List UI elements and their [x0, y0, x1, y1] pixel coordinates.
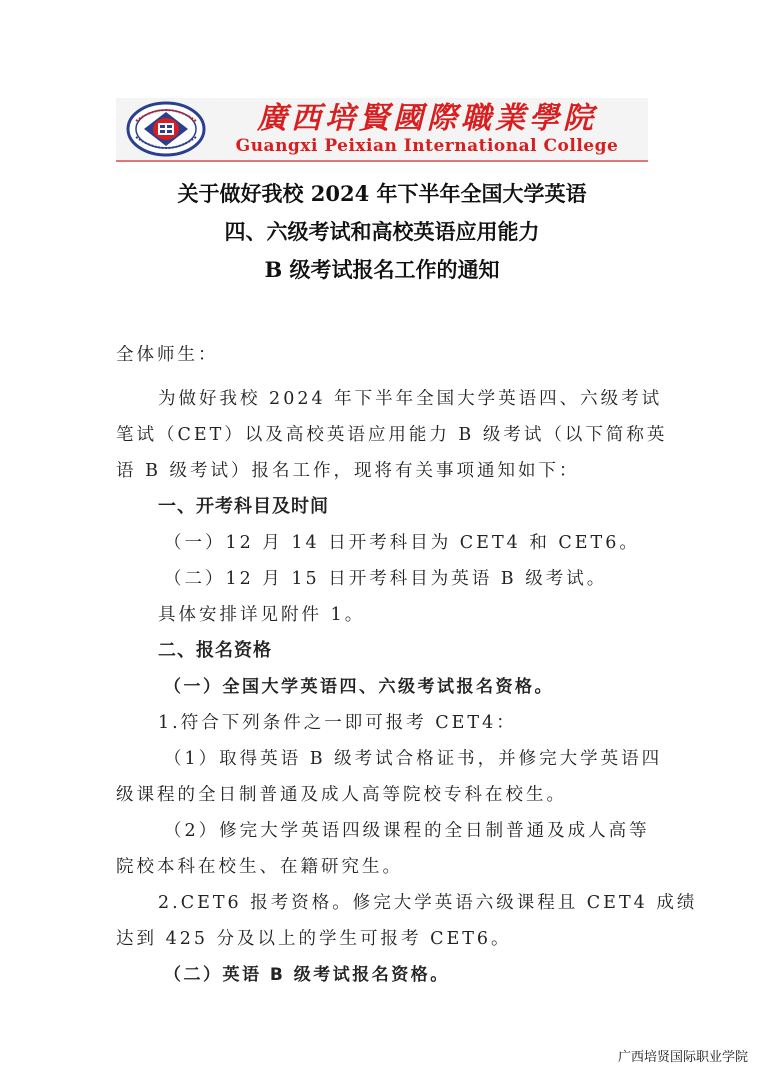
cet4-lead: 1.符合下列条件之一即可报考 CET4：	[158, 705, 517, 741]
notice-title: 关于做好我校 2024 年下半年全国大学英语 四、六级考试和高校英语应用能力 B…	[0, 175, 764, 289]
document-page: 廣西培賢國際職業學院 Guangxi Peixian International…	[0, 0, 764, 1080]
condition-2-line-2: 院校本科在校生、在籍研究生。	[116, 849, 403, 885]
college-banner: 廣西培賢國際職業學院 Guangxi Peixian International…	[116, 98, 648, 162]
section-1-heading: 一、开考科目及时间	[158, 489, 329, 525]
college-emblem-icon	[126, 101, 206, 157]
section-2-sub-1: （一）全国大学英语四、六级考试报名资格。	[164, 669, 554, 705]
section-1-item-2: （二）12 月 15 日开考科目为英语 B 级考试。	[164, 561, 607, 597]
college-name-cn: 廣西培賢國際職業學院	[216, 102, 638, 136]
condition-1-line-2: 级课程的全日制普通及成人高等院校专科在校生。	[116, 777, 567, 813]
section-2-sub-2: （二）英语 B 级考试报名资格。	[164, 957, 450, 993]
title-line-1: 关于做好我校 2024 年下半年全国大学英语	[0, 175, 764, 213]
title-line-2: 四、六级考试和高校英语应用能力	[0, 213, 764, 251]
section-2-heading: 二、报名资格	[158, 633, 272, 669]
title-line-3: B 级考试报名工作的通知	[0, 251, 764, 289]
college-name-en: Guangxi Peixian International College	[216, 136, 638, 156]
intro-line-3: 语 B 级考试）报名工作，现将有关事项通知如下：	[116, 453, 579, 489]
banner-text: 廣西培賢國際職業學院 Guangxi Peixian International…	[216, 102, 638, 156]
intro-line-1: 为做好我校 2024 年下半年全国大学英语四、六级考试	[158, 381, 662, 417]
cet6-line-1: 2.CET6 报考资格。修完大学英语六级课程且 CET4 成绩	[158, 885, 697, 921]
cet6-line-2: 达到 425 分及以上的学生可报考 CET6。	[116, 921, 512, 957]
section-1-item-1: （一）12 月 14 日开考科目为 CET4 和 CET6。	[164, 525, 640, 561]
salutation: 全体师生：	[116, 337, 219, 373]
condition-1-line-1: （1）取得英语 B 级考试合格证书，并修完大学英语四	[164, 741, 662, 777]
footer-watermark: 广西培贤国际职业学院	[618, 1046, 748, 1065]
intro-line-2: 笔试（CET）以及高校英语应用能力 B 级考试（以下简称英	[116, 417, 667, 453]
section-1-note: 具体安排详见附件 1。	[158, 597, 365, 633]
condition-2-line-1: （2）修完大学英语四级课程的全日制普通及成人高等	[164, 813, 650, 849]
